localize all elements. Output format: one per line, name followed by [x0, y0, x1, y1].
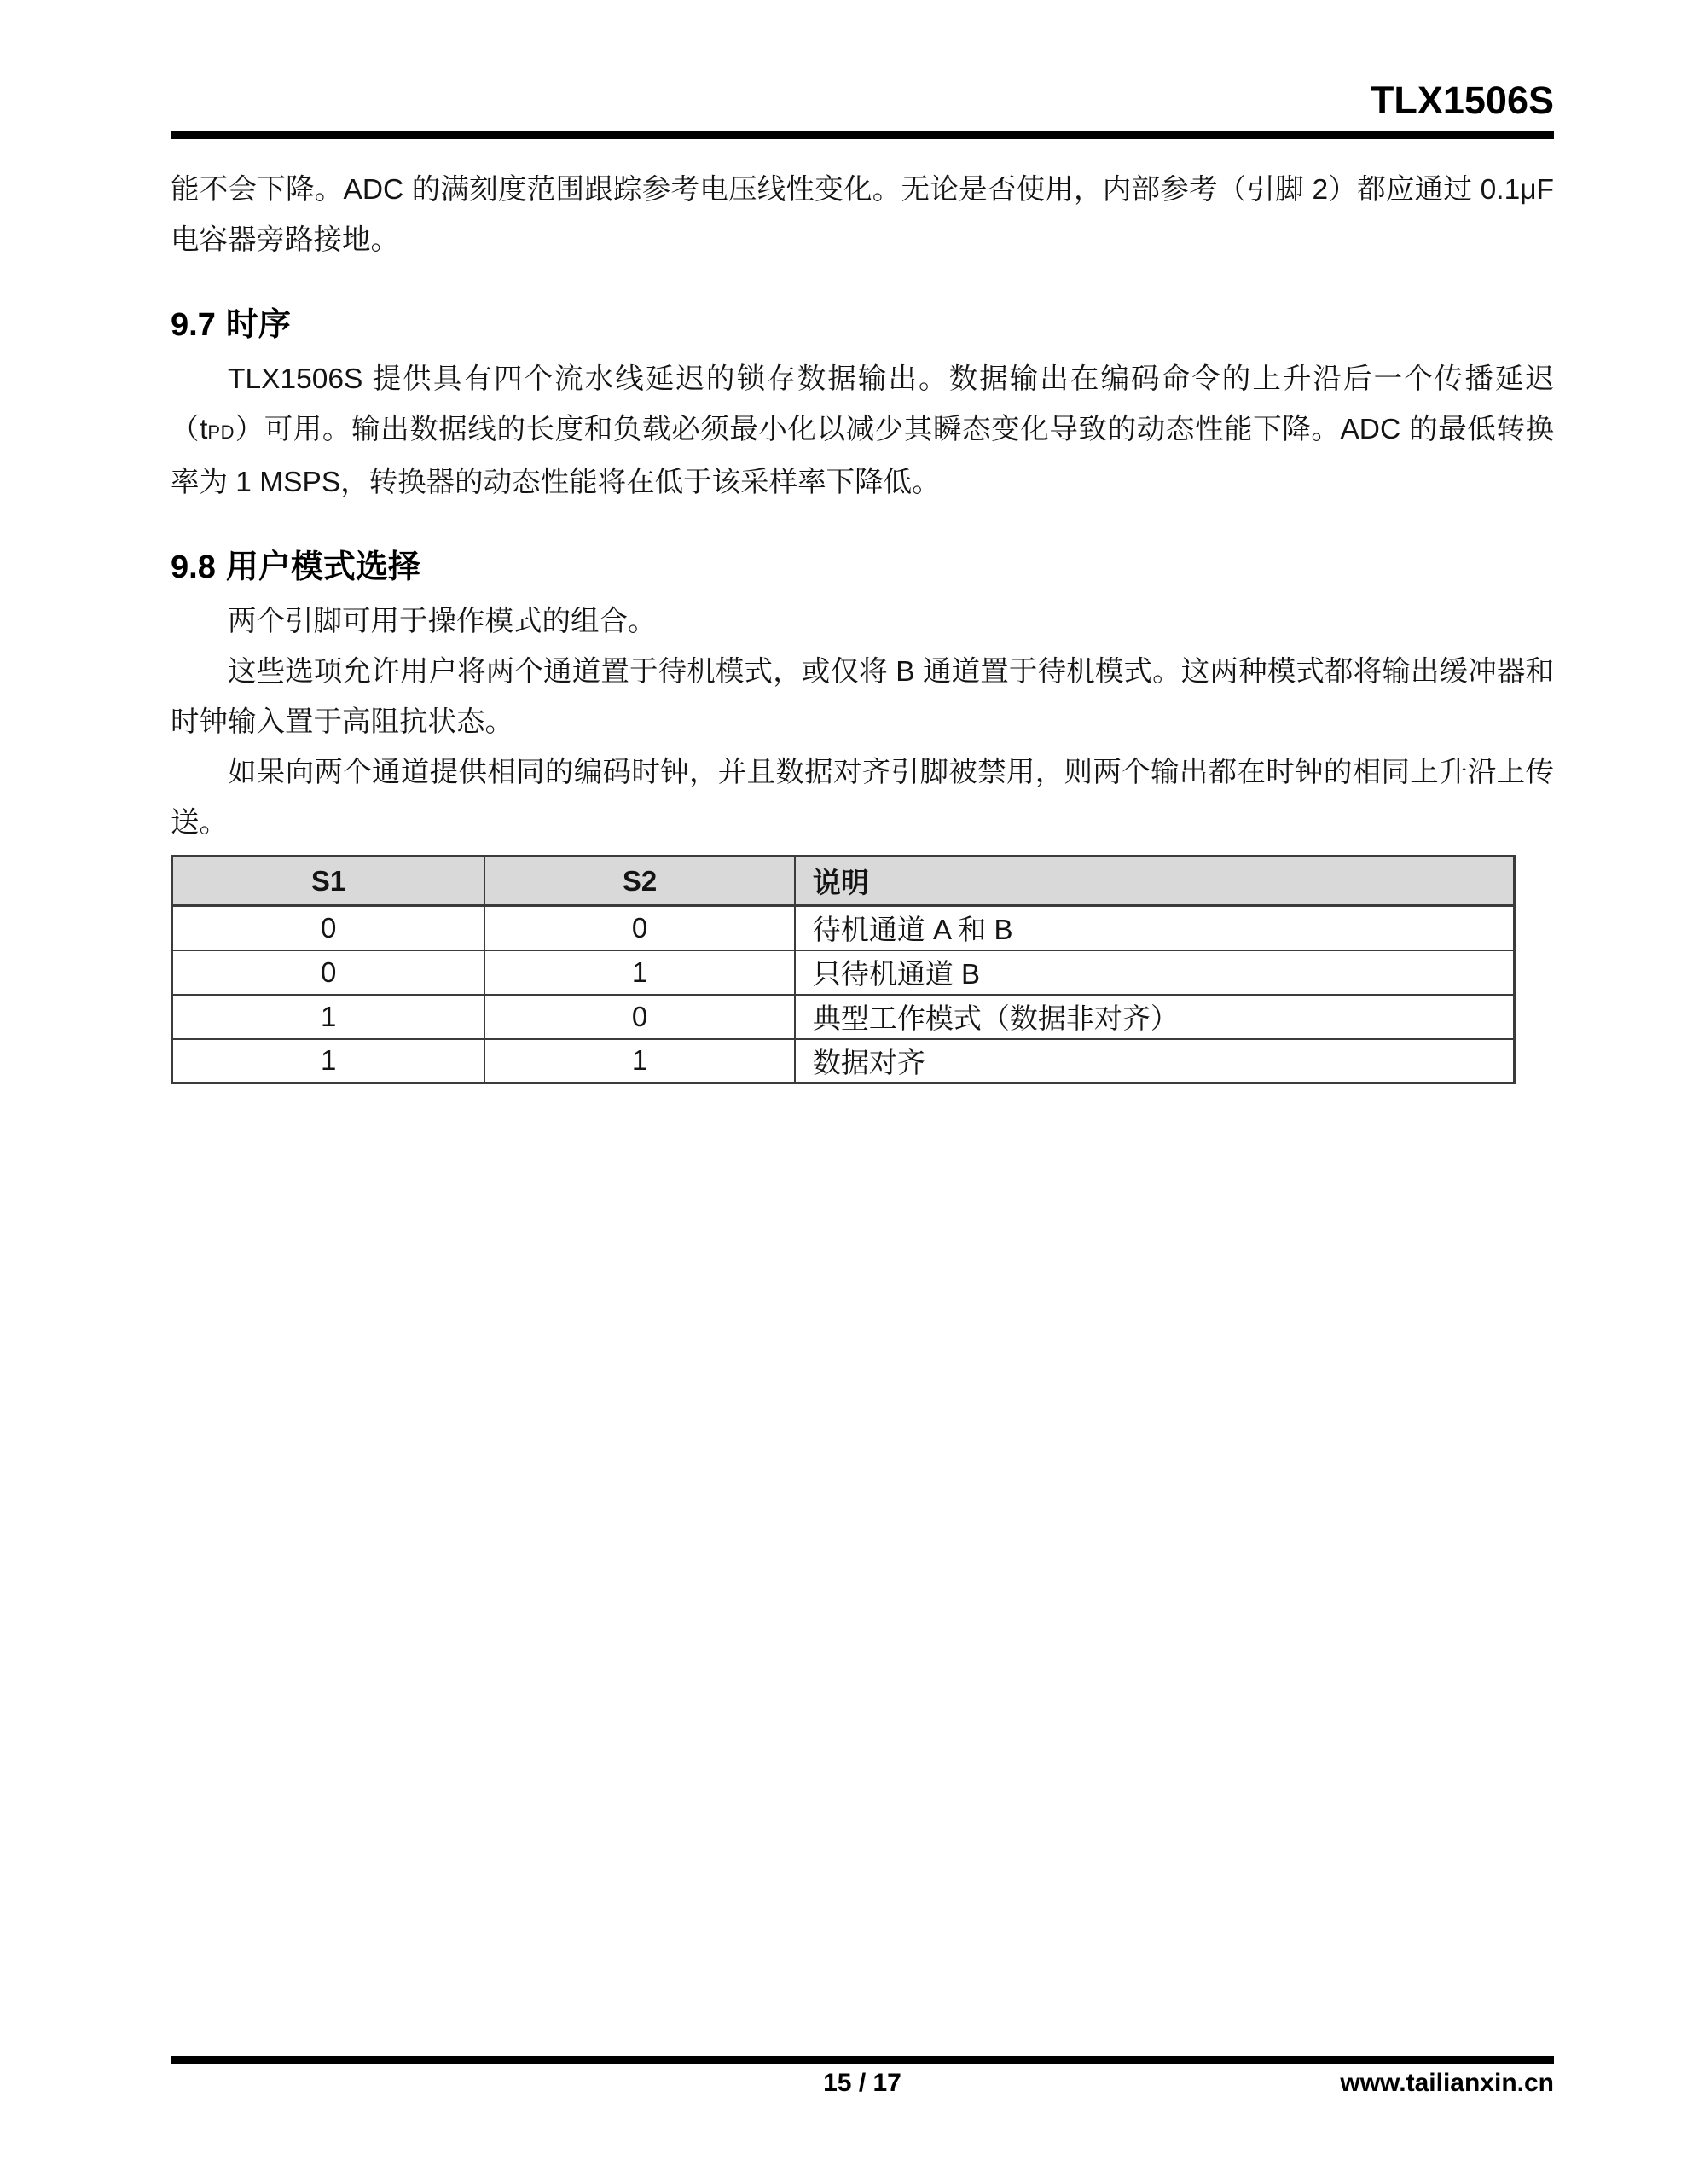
table-row: 0 1 只待机通道 B [172, 950, 1515, 995]
column-header-desc: 说明 [795, 857, 1515, 906]
cell-s1: 1 [172, 995, 485, 1039]
section-number: 9.7 [171, 307, 216, 343]
timing-paragraph: TLX1506S 提供具有四个流水线延迟的锁存数据输出。数据输出在编码命令的上升… [171, 354, 1554, 508]
table-row: 1 0 典型工作模式（数据非对齐） [172, 995, 1515, 1039]
cell-desc: 待机通道 A 和 B [795, 906, 1515, 950]
timing-text-after: ）可用。输出数据线的长度和负载必须最小化以减少其瞬态变化导致的动态性能下降。AD… [171, 414, 1554, 498]
cell-desc: 典型工作模式（数据非对齐） [795, 995, 1515, 1039]
mode-table: S1 S2 说明 0 0 待机通道 A 和 B 0 1 只待机通道 B [171, 855, 1516, 1084]
cell-desc: 只待机通道 B [795, 950, 1515, 995]
section-heading-timing: 9.7时序 [171, 305, 1554, 346]
website-text: www.tailianxin.cn [901, 2069, 1554, 2098]
table-header-row: S1 S2 说明 [172, 857, 1515, 906]
section-number: 9.8 [171, 549, 216, 585]
footer-rule [171, 2056, 1554, 2064]
intro-paragraph: 能不会下降。ADC 的满刻度范围跟踪参考电压线性变化。无论是否使用，内部参考（引… [171, 165, 1554, 265]
cell-s1: 0 [172, 950, 485, 995]
page-header: TLX1506S [171, 0, 1554, 139]
page-footer: 15 / 17 www.tailianxin.cn [171, 2056, 1554, 2098]
footer-row: 15 / 17 www.tailianxin.cn [171, 2069, 1554, 2098]
user-mode-paragraph-1: 两个引脚可用于操作模式的组合。 [171, 596, 1554, 647]
cell-s2: 1 [484, 950, 795, 995]
user-mode-paragraph-2: 这些选项允许用户将两个通道置于待机模式，或仅将 B 通道置于待机模式。这两种模式… [171, 647, 1554, 747]
section-title: 时序 [226, 307, 291, 343]
tpd-subscript: PD [207, 421, 235, 443]
page-number: 15 / 17 [823, 2069, 901, 2098]
user-mode-paragraph-3: 如果向两个通道提供相同的编码时钟，并且数据对齐引脚被禁用，则两个输出都在时钟的相… [171, 747, 1554, 848]
column-header-s1: S1 [172, 857, 485, 906]
section-heading-user-mode: 9.8用户模式选择 [171, 547, 1554, 588]
cell-s2: 0 [484, 906, 795, 950]
column-header-s2: S2 [484, 857, 795, 906]
cell-s1: 1 [172, 1039, 485, 1083]
page-content: TLX1506S 能不会下降。ADC 的满刻度范围跟踪参考电压线性变化。无论是否… [171, 0, 1554, 1084]
cell-s2: 0 [484, 995, 795, 1039]
mode-table-container: S1 S2 说明 0 0 待机通道 A 和 B 0 1 只待机通道 B [171, 855, 1554, 1084]
cell-desc: 数据对齐 [795, 1039, 1515, 1083]
datasheet-page: TLX1506S 能不会下降。ADC 的满刻度范围跟踪参考电压线性变化。无论是否… [0, 0, 1687, 2184]
section-title: 用户模式选择 [226, 549, 420, 585]
table-row: 1 1 数据对齐 [172, 1039, 1515, 1083]
header-rule [171, 131, 1554, 139]
doc-title: TLX1506S [171, 78, 1554, 123]
cell-s2: 1 [484, 1039, 795, 1083]
cell-s1: 0 [172, 906, 485, 950]
table-row: 0 0 待机通道 A 和 B [172, 906, 1515, 950]
